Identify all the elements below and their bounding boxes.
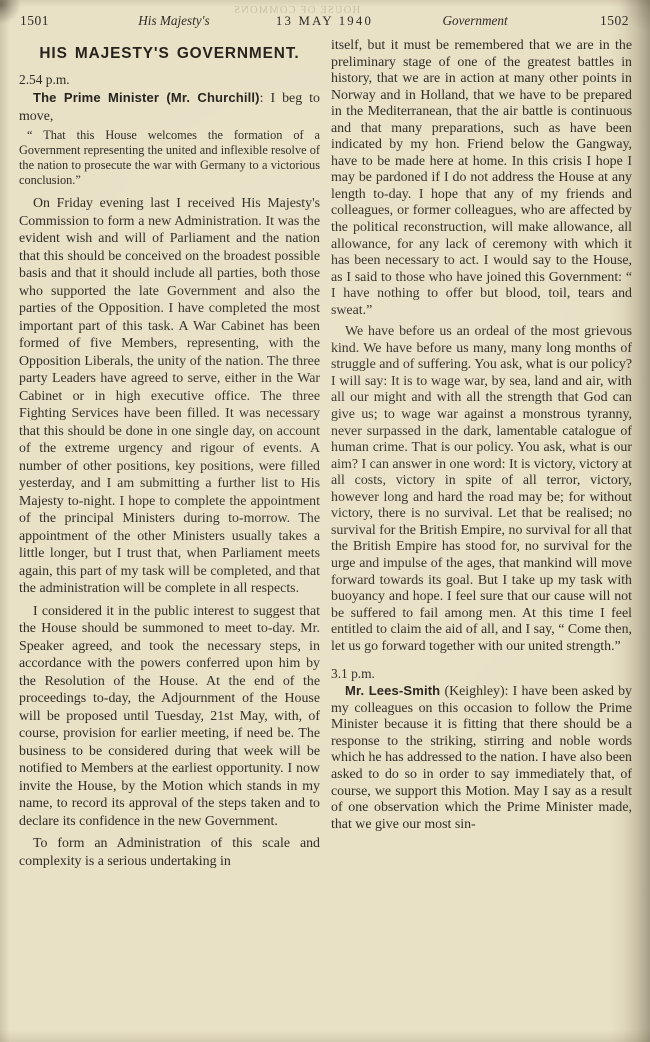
speech-opening-paragraph: The Prime Minister (Mr. Churchill): I be… <box>19 89 320 125</box>
running-title-left: His Majesty's <box>78 13 270 29</box>
speech-paragraph: On Friday evening last I received His Ma… <box>19 195 320 598</box>
text-columns: HIS MAJESTY'S GOVERNMENT. 2.54 p.m. The … <box>0 29 650 875</box>
speech-opening-text: (Keighley): I have been asked by my coll… <box>331 684 632 831</box>
continuation-paragraph: itself, but it must be remembered that w… <box>331 38 632 319</box>
speaker-name: Mr. Lees-Smith <box>345 683 440 698</box>
motion-quote: “ That this House welcomes the formation… <box>19 128 320 188</box>
speaker-name: The Prime Minister (Mr. Churchill) <box>33 90 260 105</box>
speech-paragraph: I considered it in the public interest t… <box>19 603 320 831</box>
column-number-right: 1502 <box>571 13 629 29</box>
right-column: itself, but it must be remembered that w… <box>331 38 632 875</box>
debate-heading: HIS MAJESTY'S GOVERNMENT. <box>19 45 320 63</box>
speech-paragraph: To form an Administration of this scale … <box>19 835 320 870</box>
speech-opening-paragraph: Mr. Lees-Smith (Keighley): I have been a… <box>331 683 632 833</box>
running-header: 1501 His Majesty's 13 MAY 1940 Governmen… <box>0 0 650 29</box>
timestamp: 3.1 p.m. <box>331 666 632 682</box>
timestamp: 2.54 p.m. <box>19 72 320 88</box>
column-number-left: 1501 <box>20 13 78 29</box>
left-column: HIS MAJESTY'S GOVERNMENT. 2.54 p.m. The … <box>19 38 320 875</box>
page-date: 13 MAY 1940 <box>270 14 379 29</box>
running-title-right: Government <box>379 13 571 29</box>
speech-paragraph: We have before us an ordeal of the most … <box>331 324 632 655</box>
hansard-page: HOUSE OF COMMONS 1501 His Majesty's 13 M… <box>0 0 650 1042</box>
